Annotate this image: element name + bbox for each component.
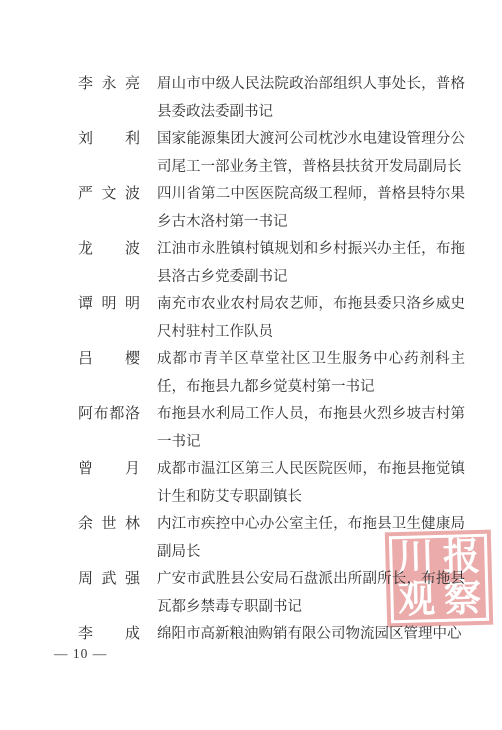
- entry-description: 广安市武胜县公安局石盘派出所副所长，布拖县瓦都乡禁毒专职副书记: [157, 566, 465, 621]
- entry-description: 内江市疾控中心办公室主任，布拖县卫生健康局副局长: [157, 511, 465, 566]
- entry-name: 周武强: [78, 566, 140, 594]
- entry-row: 吕 樱 成都市青羊区草堂社区卫生服务中心药剂科主任，布拖县九都乡觉莫村第一书记: [78, 346, 468, 401]
- entry-name: 吕 樱: [78, 346, 140, 374]
- entry-description: 江油市永胜镇村镇规划和乡村振兴办主任，布拖县洛古乡党委副书记: [157, 236, 465, 291]
- entry-name: 曾 月: [78, 456, 140, 484]
- appointment-list: 李永亮 眉山市中级人民法院政治部组织人事处长，普格县委政法委副书记 刘 利 国家…: [78, 71, 468, 649]
- entry-row: 周武强 广安市武胜县公安局石盘派出所副所长，布拖县瓦都乡禁毒专职副书记: [78, 566, 468, 621]
- entry-description: 国家能源集团大渡河公司枕沙水电建设管理分公司尾工一部业务主管，普格县扶贫开发局副…: [157, 126, 465, 181]
- entry-name: 刘 利: [78, 126, 140, 154]
- entry-description: 成都市青羊区草堂社区卫生服务中心药剂科主任，布拖县九都乡觉莫村第一书记: [157, 346, 465, 401]
- document-page: 李永亮 眉山市中级人民法院政治部组织人事处长，普格县委政法委副书记 刘 利 国家…: [0, 0, 502, 730]
- entry-row: 曾 月 成都市温江区第三人民医院医师，布拖县拖觉镇计生和防艾专职副镇长: [78, 456, 468, 511]
- entry-row: 余世林 内江市疾控中心办公室主任，布拖县卫生健康局副局长: [78, 511, 468, 566]
- entry-row: 龙 波 江油市永胜镇村镇规划和乡村振兴办主任，布拖县洛古乡党委副书记: [78, 236, 468, 291]
- entry-description: 眉山市中级人民法院政治部组织人事处长，普格县委政法委副书记: [157, 71, 465, 126]
- entry-description: 绵阳市高新粮油购销有限公司物流园区管理中心: [157, 621, 465, 649]
- entry-row: 李 成 绵阳市高新粮油购销有限公司物流园区管理中心: [78, 621, 468, 649]
- entry-name: 李永亮: [78, 71, 140, 99]
- entry-description: 布拖县水利局工作人员，布拖县火烈乡坡吉村第一书记: [157, 401, 465, 456]
- page-number: — 10 —: [54, 646, 107, 662]
- entry-name: 严文波: [78, 181, 140, 209]
- entry-name: 余世林: [78, 511, 140, 539]
- entry-row: 阿布都洛 布拖县水利局工作人员，布拖县火烈乡坡吉村第一书记: [78, 401, 468, 456]
- entry-row: 谭明明 南充市农业农村局农艺师，布拖县委只洛乡威史尺村驻村工作队员: [78, 291, 468, 346]
- entry-row: 李永亮 眉山市中级人民法院政治部组织人事处长，普格县委政法委副书记: [78, 71, 468, 126]
- entry-row: 刘 利 国家能源集团大渡河公司枕沙水电建设管理分公司尾工一部业务主管，普格县扶贫…: [78, 126, 468, 181]
- entry-name: 谭明明: [78, 291, 140, 319]
- entry-name: 阿布都洛: [78, 401, 140, 429]
- entry-description: 南充市农业农村局农艺师，布拖县委只洛乡威史尺村驻村工作队员: [157, 291, 465, 346]
- entry-name: 李 成: [78, 621, 140, 649]
- entry-description: 成都市温江区第三人民医院医师，布拖县拖觉镇计生和防艾专职副镇长: [157, 456, 465, 511]
- entry-row: 严文波 四川省第二中医医院高级工程师，普格县特尔果乡古木洛村第一书记: [78, 181, 468, 236]
- entry-name: 龙 波: [78, 236, 140, 264]
- entry-description: 四川省第二中医医院高级工程师，普格县特尔果乡古木洛村第一书记: [157, 181, 465, 236]
